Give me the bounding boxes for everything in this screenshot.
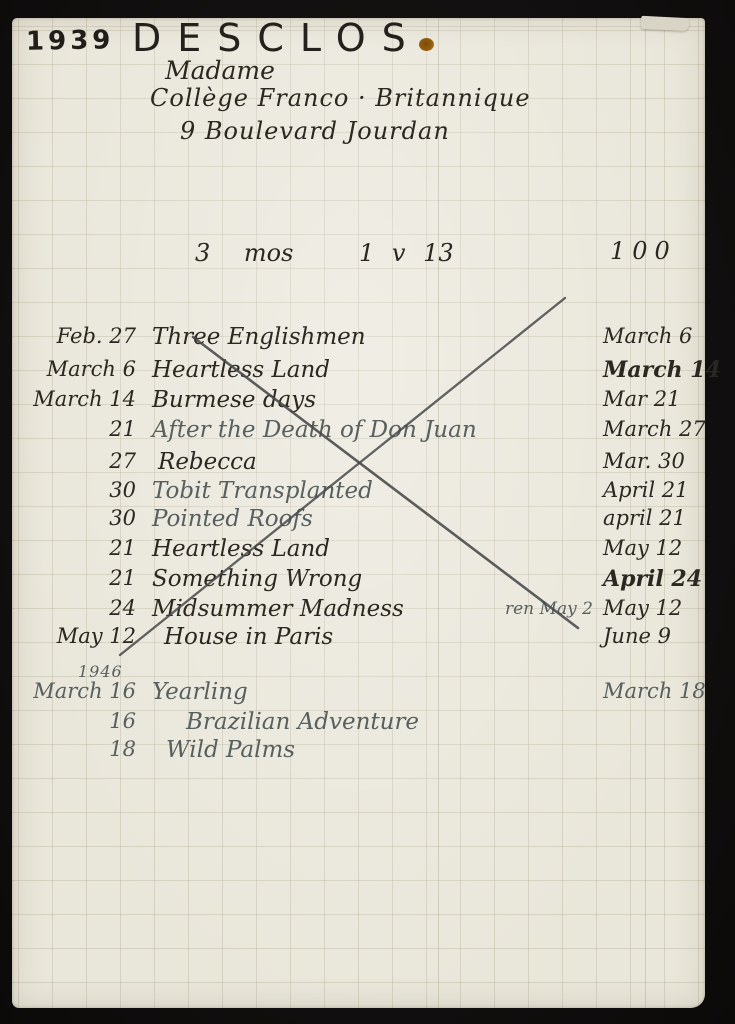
borrow-date: 30 [20, 506, 162, 530]
subscription-deposit: 100 [610, 237, 677, 265]
log-entry: 21Something WrongApril 24 [12, 566, 705, 596]
log-entry: March 14Burmese daysMar 21 [12, 387, 705, 417]
book-title: Heartless Land [152, 357, 330, 383]
borrow-date: May 12 [20, 624, 136, 648]
log-entry: 30Pointed Roofsapril 21 [12, 506, 705, 536]
return-date: April 24 [603, 566, 702, 592]
book-title: Pointed Roofs [152, 506, 313, 532]
return-date: March 18 [603, 679, 706, 703]
borrow-date: March 14 [20, 387, 136, 411]
return-date: March 14 [603, 357, 721, 383]
return-date: March 6 [603, 324, 692, 348]
book-title: Something Wrong [152, 566, 362, 592]
book-title: Tobit Transplanted [152, 478, 373, 504]
book-title: Brazilian Adventure [186, 709, 419, 735]
log-entry: 30Tobit TransplantedApril 21 [12, 478, 705, 508]
borrow-date: 30 [20, 478, 162, 502]
borrow-date: 21 [20, 566, 162, 590]
return-date: april 21 [603, 506, 686, 530]
ink-stain-dot [419, 38, 434, 51]
renewal-note: ren May 2 [505, 599, 593, 619]
member-institution: Collège Franco · Britannique [150, 84, 531, 112]
log-entry: 21Heartless LandMay 12 [12, 536, 705, 566]
borrow-date: Feb. 27 [20, 324, 136, 348]
library-lending-card: 1939 DESCLOS Madame Collège Franco · Bri… [12, 18, 705, 1008]
return-date: Mar. 30 [603, 449, 685, 473]
return-date: March 27 [603, 417, 706, 441]
return-date: Mar 21 [603, 387, 680, 411]
log-entry: March 6Heartless LandMarch 14 [12, 357, 705, 387]
book-title: Yearling [152, 679, 248, 705]
member-surname: DESCLOS [132, 16, 422, 60]
log-entry: 21After the Death of Don JuanMarch 27 [12, 417, 705, 447]
member-address: 9 Boulevard Jourdan [180, 117, 450, 145]
log-entry: 16Brazilian Adventure [12, 709, 705, 739]
return-date: May 12 [603, 536, 682, 560]
log-entry: 24Midsummer Madnessren May 2May 12 [12, 596, 705, 626]
return-date: May 12 [603, 596, 682, 620]
subscription-term: 3 mos [195, 239, 293, 267]
subscription-volumes: 1 v 13 [359, 239, 454, 267]
card-year: 1939 [26, 25, 115, 57]
book-title: Heartless Land [152, 536, 330, 562]
borrow-date: 21 [20, 536, 162, 560]
year-note: 1946 [78, 662, 123, 681]
borrow-date: 24 [20, 596, 162, 620]
return-date: April 21 [603, 478, 688, 502]
book-title: House in Paris [164, 624, 333, 650]
torn-corner [641, 16, 690, 31]
log-entry: Feb. 27Three EnglishmenMarch 6 [12, 324, 705, 354]
log-entry: May 12House in ParisJune 9 [12, 624, 705, 654]
book-title: Rebecca [158, 449, 257, 475]
book-title: Three Englishmen [152, 324, 366, 350]
book-title: Burmese days [152, 387, 316, 413]
borrow-date: March 6 [20, 357, 136, 381]
member-honorific: Madame [165, 56, 275, 85]
book-title: Midsummer Madness [152, 596, 404, 622]
log-entry: March 161946YearlingMarch 18 [12, 679, 705, 709]
borrow-date: 27 [20, 449, 162, 473]
borrow-date: March 16 [20, 679, 136, 703]
log-entry: 18Wild Palms [12, 737, 705, 767]
book-title: Wild Palms [166, 737, 295, 763]
borrow-date: 16 [20, 709, 162, 733]
book-title: After the Death of Don Juan [152, 417, 477, 443]
borrow-date: 18 [20, 737, 162, 761]
return-date: June 9 [603, 624, 671, 648]
log-entry: 27RebeccaMar. 30 [12, 449, 705, 479]
borrow-date: 21 [20, 417, 162, 441]
